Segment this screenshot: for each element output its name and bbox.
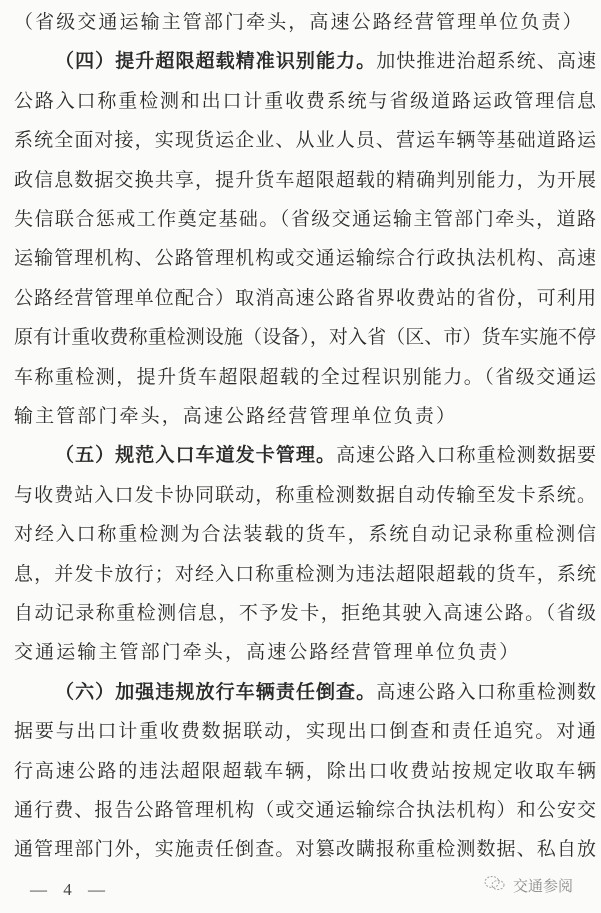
line-text: 车称重检测，提升货车超限超载的全过程识别能力。（省级交通运 xyxy=(14,366,596,388)
line-text: 公路经营管理单位配合）取消高速公路省界收费站的省份，可利用 xyxy=(14,287,596,309)
line-text: 高速公路入口称重检测数据要 xyxy=(336,444,596,466)
line-text: （省级交通运输主管部门牵头，高速公路经营管理单位负责） xyxy=(14,11,584,33)
text-line: 公路入口称重检测和出口计重收费系统与省级道路运政管理信息 xyxy=(14,86,596,116)
section-heading: （五）规范入口车道发卡管理。 xyxy=(55,444,336,466)
line-text: 失信联合惩戒工作奠定基础。（省级交通运输主管部门牵头，道路 xyxy=(14,208,596,230)
paragraph-heading-line: （六）加强违规放行车辆责任倒查。高速公路入口称重检测数 xyxy=(55,677,596,707)
line-text: 自动记录称重检测信息，不予发卡，拒绝其驶入高速公路。（省级 xyxy=(14,602,596,624)
line-text: 息，并发卡放行；对经入口称重检测为违法超限超载的货车，系统 xyxy=(14,563,596,585)
text-line: 息，并发卡放行；对经入口称重检测为违法超限超载的货车，系统 xyxy=(14,559,596,589)
paragraph-heading-line: （五）规范入口车道发卡管理。高速公路入口称重检测数据要 xyxy=(55,440,596,470)
section-heading: （四）提升超限超载精准识别能力。 xyxy=(55,50,376,72)
text-line: 通管理部门外，实施责任倒查。对篡改瞒报称重检测数据、私自放 xyxy=(14,834,596,864)
line-text: 公路入口称重检测和出口计重收费系统与省级道路运政管理信息 xyxy=(14,90,596,112)
line-text: 输主管部门牵头，高速公路经营管理单位负责） xyxy=(14,405,457,427)
text-line: 交通运输主管部门牵头，高速公路经营管理单位负责） xyxy=(14,637,596,667)
line-text: 对经入口称重检测为合法装载的货车，系统自动记录称重检测信 xyxy=(14,523,596,545)
line-text: 运输管理机构、公路管理机构或交通运输综合行政执法机构、高速 xyxy=(14,247,596,269)
text-line: 输主管部门牵头，高速公路经营管理单位负责） xyxy=(14,401,596,431)
text-line: （省级交通运输主管部门牵头，高速公路经营管理单位负责） xyxy=(14,7,596,37)
line-text: 通行费、报告公路管理机构（或交通运输综合执法机构）和公安交 xyxy=(14,799,596,821)
text-line: 原有计重收费称重检测设施（设备），对入省（区、市）货车实施不停 xyxy=(14,322,596,352)
paragraph-heading-line: （四）提升超限超载精准识别能力。加快推进治超系统、高速 xyxy=(55,46,596,76)
document-page: （省级交通运输主管部门牵头，高速公路经营管理单位负责）（四）提升超限超载精准识别… xyxy=(0,0,601,913)
text-line: 与收费站入口发卡协同联动，称重检测数据自动传输至发卡系统。 xyxy=(14,480,596,510)
text-line: 行高速公路的违法超限超载车辆，除出口收费站按规定收取车辆 xyxy=(14,756,596,786)
section-heading: （六）加强违规放行车辆责任倒查。 xyxy=(55,681,376,703)
text-line: 运输管理机构、公路管理机构或交通运输综合行政执法机构、高速 xyxy=(14,243,596,273)
text-line: 对经入口称重检测为合法装载的货车，系统自动记录称重检测信 xyxy=(14,519,596,549)
text-line: 据要与出口计重收费数据联动，实现出口倒查和责任追究。对通 xyxy=(14,716,596,746)
line-text: 加快推进治超系统、高速 xyxy=(376,50,596,72)
line-text: 与收费站入口发卡协同联动，称重检测数据自动传输至发卡系统。 xyxy=(14,484,596,506)
text-line: 通行费、报告公路管理机构（或交通运输综合执法机构）和公安交 xyxy=(14,795,596,825)
text-line: 系统全面对接，实现货运企业、从业人员、营运车辆等基础道路运 xyxy=(14,125,596,155)
text-line: 自动记录称重检测信息，不予发卡，拒绝其驶入高速公路。（省级 xyxy=(14,598,596,628)
watermark: 交通参阅 xyxy=(483,874,573,896)
line-text: 高速公路入口称重检测数 xyxy=(376,681,596,703)
line-text: 原有计重收费称重检测设施（设备），对入省（区、市）货车实施不停 xyxy=(14,326,596,348)
text-line: 政信息数据交换共享，提升货车超限超载的精确判别能力，为开展 xyxy=(14,165,596,195)
line-text: 通管理部门外，实施责任倒查。对篡改瞒报称重检测数据、私自放 xyxy=(14,838,596,860)
line-text: 交通运输主管部门牵头，高速公路经营管理单位负责） xyxy=(14,641,520,663)
wechat-icon xyxy=(483,874,507,896)
line-text: 据要与出口计重收费数据联动，实现出口倒查和责任追究。对通 xyxy=(14,720,596,742)
page-number: — 4 — xyxy=(30,880,111,900)
text-line: 车称重检测，提升货车超限超载的全过程识别能力。（省级交通运 xyxy=(14,362,596,392)
line-text: 政信息数据交换共享，提升货车超限超载的精确判别能力，为开展 xyxy=(14,169,596,191)
line-text: 系统全面对接，实现货运企业、从业人员、营运车辆等基础道路运 xyxy=(14,129,596,151)
line-text: 行高速公路的违法超限超载车辆，除出口收费站按规定收取车辆 xyxy=(14,760,596,782)
watermark-text: 交通参阅 xyxy=(513,875,573,896)
text-line: 失信联合惩戒工作奠定基础。（省级交通运输主管部门牵头，道路 xyxy=(14,204,596,234)
text-line: 公路经营管理单位配合）取消高速公路省界收费站的省份，可利用 xyxy=(14,283,596,313)
